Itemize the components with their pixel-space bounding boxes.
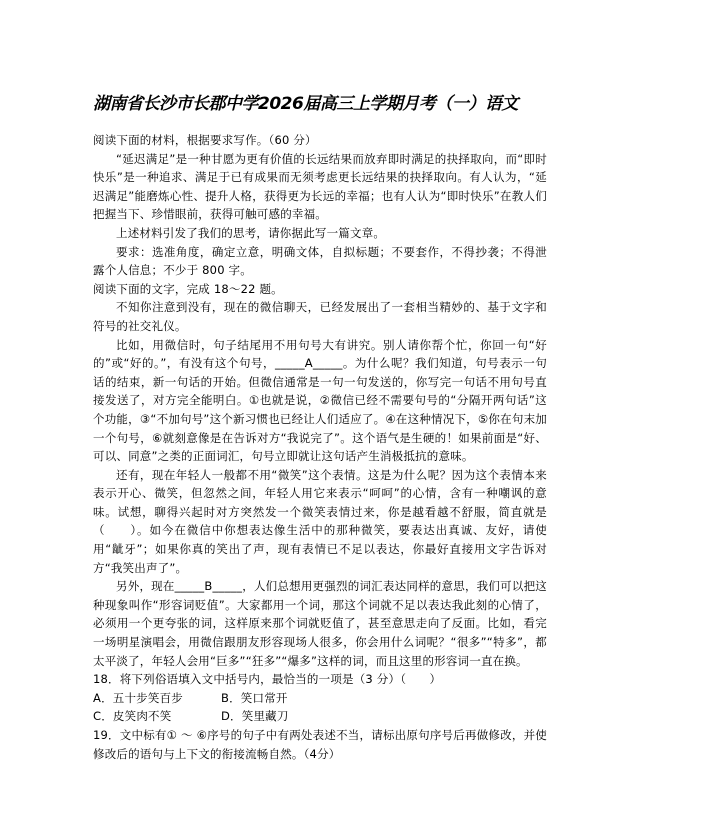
option-a: A．五十步笑百步 — [93, 689, 221, 708]
option-c: C．皮笑肉不笑 — [93, 707, 221, 726]
document-body: 阅读下面的材料，根据要求写作。（60 分） “延迟满足”是一种甘愿为更有价值的长… — [93, 131, 547, 763]
reading-paragraph: 比如，用微信时，句子结尾用不用句号大有讲究。别人请你帮个忙，你回一句“好的”或“… — [93, 336, 547, 466]
document-title: 湖南省长沙市长郡中学2026届高三上学期月考（一）语文 — [93, 89, 518, 114]
option-d: D．笑里藏刀 — [221, 707, 349, 726]
writing-instruction: 阅读下面的材料，根据要求写作。（60 分） — [93, 131, 547, 150]
question-19-stem: 19．文中标有① ～ ⑥序号的句子中有两处表述不当，请标出原句序号后再做修改，并… — [93, 726, 547, 763]
option-b: B．笑口常开 — [221, 689, 349, 708]
reading-instruction: 阅读下面的文字，完成 18～22 题。 — [93, 280, 547, 299]
reading-paragraph: 不知你注意到没有，现在的微信聊天，已经发展出了一套相当精妙的、基于文字和符号的社… — [93, 298, 547, 335]
writing-material: “延迟满足”是一种甘愿为更有价值的长远结果而放弃即时满足的抉择取向，而“即时快乐… — [93, 150, 547, 224]
question-18-options-row-2: C．皮笑肉不笑 D．笑里藏刀 — [93, 707, 547, 726]
writing-prompt: 上述材料引发了我们的思考，请你据此写一篇文章。 — [93, 224, 547, 243]
reading-paragraph: 另外，现在_____B_____，人们总想用更强烈的词汇表达同样的意思，我们可以… — [93, 577, 547, 670]
question-18-stem: 18．将下列俗语填入文中括号内，最恰当的一项是（3 分）（ ） — [93, 670, 547, 689]
document-page: 湖南省长沙市长郡中学2026届高三上学期月考（一）语文 阅读下面的材料，根据要求… — [0, 0, 718, 825]
reading-paragraph: 还有，现在年轻人一般都不用“微笑”这个表情。这是为什么呢？因为这个表情本来表示开… — [93, 466, 547, 578]
writing-requirements: 要求：选准角度，确定立意，明确文体，自拟标题；不要套作，不得抄袭；不得泄露个人信… — [93, 243, 547, 280]
question-18-options-row-1: A．五十步笑百步 B．笑口常开 — [93, 689, 547, 708]
